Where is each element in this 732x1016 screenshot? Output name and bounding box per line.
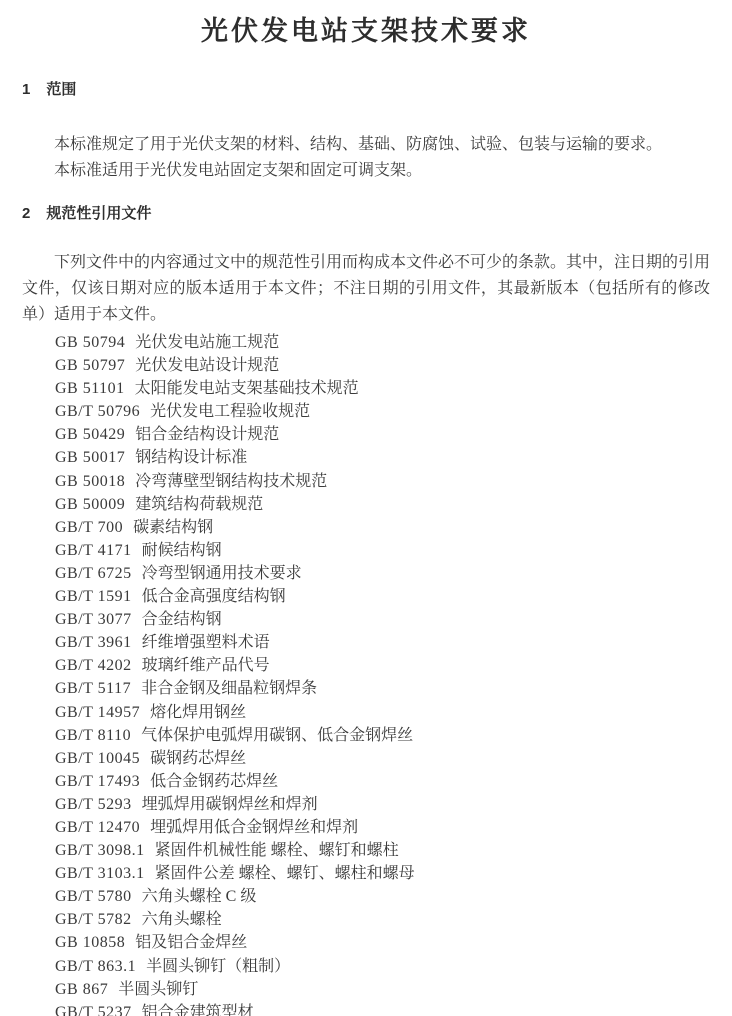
reference-item: GB/T 6725冷弯型钢通用技术要求	[55, 562, 710, 585]
reference-item: GB/T 3103.1紧固件公差 螺栓、螺钉、螺柱和螺母	[55, 862, 710, 885]
reference-code: GB/T 5780	[55, 888, 132, 905]
reference-title: 光伏发电工程验收规范	[150, 403, 310, 420]
document-page: 光伏发电站支架技术要求 1范围 本标准规定了用于光伏支架的材料、结构、基础、防腐…	[0, 0, 732, 1016]
reference-title: 非合金钢及细晶粒钢焊条	[141, 680, 317, 697]
reference-item: GB/T 863.1半圆头铆钉（粗制）	[55, 955, 710, 978]
reference-code: GB/T 3077	[55, 611, 132, 628]
reference-code: GB/T 6725	[55, 565, 132, 582]
reference-code: GB/T 12470	[55, 819, 140, 836]
reference-title: 低合金钢药芯焊丝	[150, 773, 278, 790]
reference-item: GB/T 3098.1紧固件机械性能 螺栓、螺钉和螺柱	[55, 839, 710, 862]
reference-code: GB/T 4202	[55, 657, 132, 674]
reference-item: GB/T 5293埋弧焊用碳钢焊丝和焊剂	[55, 793, 710, 816]
reference-title: 紧固件机械性能 螺栓、螺钉和螺柱	[155, 842, 399, 859]
reference-code: GB/T 3098.1	[55, 842, 145, 859]
reference-code: GB/T 5117	[55, 680, 131, 697]
reference-title: 冷弯薄壁型钢结构技术规范	[135, 473, 327, 490]
reference-item: GB/T 50796光伏发电工程验收规范	[55, 400, 710, 423]
reference-title: 合金结构钢	[142, 611, 222, 628]
reference-title: 建筑结构荷载规范	[135, 496, 263, 513]
section-1-heading: 1范围	[22, 80, 710, 100]
reference-title: 埋弧焊用碳钢焊丝和焊剂	[142, 796, 318, 813]
reference-item: GB 50794光伏发电站施工规范	[55, 331, 710, 354]
reference-title: 半圆头铆钉（粗制）	[146, 958, 290, 975]
reference-title: 耐候结构钢	[142, 542, 222, 559]
scope-paragraph-2: 本标准适用于光伏发电站固定支架和固定可调支架。	[22, 158, 710, 184]
reference-code: GB 50429	[55, 426, 125, 443]
reference-code: GB/T 10045	[55, 750, 140, 767]
reference-item: GB 50429铝合金结构设计规范	[55, 423, 710, 446]
reference-code: GB 867	[55, 981, 108, 998]
reference-item: GB/T 5782六角头螺栓	[55, 908, 710, 931]
reference-item: GB/T 17493低合金钢药芯焊丝	[55, 770, 710, 793]
reference-item: GB/T 5780六角头螺栓 C 级	[55, 885, 710, 908]
reference-item: GB/T 4202玻璃纤维产品代号	[55, 654, 710, 677]
reference-title: 冷弯型钢通用技术要求	[142, 565, 302, 582]
reference-code: GB/T 8110	[55, 727, 131, 744]
references-list: GB 50794光伏发电站施工规范GB 50797光伏发电站设计规范GB 511…	[22, 331, 710, 1016]
reference-code: GB/T 4171	[55, 542, 132, 559]
reference-item: GB 50018冷弯薄壁型钢结构技术规范	[55, 470, 710, 493]
reference-code: GB/T 14957	[55, 704, 140, 721]
reference-title: 埋弧焊用低合金钢焊丝和焊剂	[150, 819, 358, 836]
reference-title: 碳钢药芯焊丝	[150, 750, 246, 767]
reference-title: 熔化焊用钢丝	[150, 704, 246, 721]
reference-item: GB/T 12470埋弧焊用低合金钢焊丝和焊剂	[55, 816, 710, 839]
reference-code: GB 50797	[55, 357, 125, 374]
reference-title: 六角头螺栓 C 级	[142, 888, 257, 905]
reference-item: GB/T 3961纤维增强塑料术语	[55, 631, 710, 654]
reference-title: 铝及铝合金焊丝	[135, 934, 247, 951]
reference-item: GB/T 3077合金结构钢	[55, 608, 710, 631]
reference-title: 纤维增强塑料术语	[142, 634, 270, 651]
reference-item: GB 51101太阳能发电站支架基础技术规范	[55, 377, 710, 400]
reference-code: GB 10858	[55, 934, 125, 951]
reference-item: GB/T 8110气体保护电弧焊用碳钢、低合金钢焊丝	[55, 724, 710, 747]
reference-code: GB/T 5237	[55, 1004, 132, 1016]
reference-title: 低合金高强度结构钢	[142, 588, 286, 605]
reference-code: GB/T 50796	[55, 403, 140, 420]
reference-item: GB/T 700碳素结构钢	[55, 516, 710, 539]
reference-title: 光伏发电站设计规范	[135, 357, 279, 374]
section-1-number: 1	[22, 80, 30, 100]
reference-title: 碳素结构钢	[133, 519, 213, 536]
reference-code: GB 51101	[55, 380, 125, 397]
reference-title: 钢结构设计标准	[135, 449, 247, 466]
reference-title: 六角头螺栓	[142, 911, 222, 928]
reference-code: GB 50018	[55, 473, 125, 490]
section-2-heading: 2规范性引用文件	[22, 204, 710, 224]
reference-title: 光伏发电站施工规范	[135, 334, 279, 351]
reference-code: GB/T 3103.1	[55, 865, 145, 882]
reference-title: 铝合金建筑型材	[142, 1004, 254, 1016]
reference-item: GB/T 4171耐候结构钢	[55, 539, 710, 562]
normative-references-intro: 下列文件中的内容通过文中的规范性引用而构成本文件必不可少的条款。其中，注日期的引…	[22, 250, 710, 328]
scope-paragraph-1: 本标准规定了用于光伏支架的材料、结构、基础、防腐蚀、试验、包装与运输的要求。	[22, 132, 710, 158]
reference-item: GB 10858铝及铝合金焊丝	[55, 931, 710, 954]
section-2-number: 2	[22, 204, 30, 224]
reference-code: GB/T 3961	[55, 634, 132, 651]
reference-item: GB 50009建筑结构荷载规范	[55, 493, 710, 516]
reference-item: GB 50797光伏发电站设计规范	[55, 354, 710, 377]
reference-code: GB/T 5293	[55, 796, 132, 813]
reference-title: 铝合金结构设计规范	[135, 426, 279, 443]
reference-item: GB/T 1591低合金高强度结构钢	[55, 585, 710, 608]
reference-code: GB/T 863.1	[55, 958, 136, 975]
reference-code: GB/T 700	[55, 519, 123, 536]
reference-title: 太阳能发电站支架基础技术规范	[135, 380, 359, 397]
section-2-body: 下列文件中的内容通过文中的规范性引用而构成本文件必不可少的条款。其中，注日期的引…	[22, 250, 710, 1016]
section-1-heading-text: 范围	[46, 81, 76, 98]
section-2-heading-text: 规范性引用文件	[46, 205, 151, 222]
reference-code: GB/T 17493	[55, 773, 140, 790]
reference-item: GB/T 5237铝合金建筑型材	[55, 1001, 710, 1016]
reference-item: GB/T 10045碳钢药芯焊丝	[55, 747, 710, 770]
reference-item: GB 867半圆头铆钉	[55, 978, 710, 1001]
reference-title: 玻璃纤维产品代号	[142, 657, 270, 674]
reference-code: GB 50017	[55, 449, 125, 466]
reference-title: 半圆头铆钉	[118, 981, 198, 998]
reference-code: GB 50009	[55, 496, 125, 513]
document-title: 光伏发电站支架技术要求	[22, 14, 710, 48]
reference-title: 气体保护电弧焊用碳钢、低合金钢焊丝	[141, 727, 413, 744]
reference-title: 紧固件公差 螺栓、螺钉、螺柱和螺母	[155, 865, 415, 882]
reference-code: GB/T 5782	[55, 911, 132, 928]
reference-item: GB/T 5117非合金钢及细晶粒钢焊条	[55, 677, 710, 700]
reference-code: GB/T 1591	[55, 588, 132, 605]
reference-item: GB/T 14957熔化焊用钢丝	[55, 701, 710, 724]
reference-code: GB 50794	[55, 334, 125, 351]
section-1-body: 本标准规定了用于光伏支架的材料、结构、基础、防腐蚀、试验、包装与运输的要求。 本…	[22, 132, 710, 184]
reference-item: GB 50017钢结构设计标准	[55, 446, 710, 469]
